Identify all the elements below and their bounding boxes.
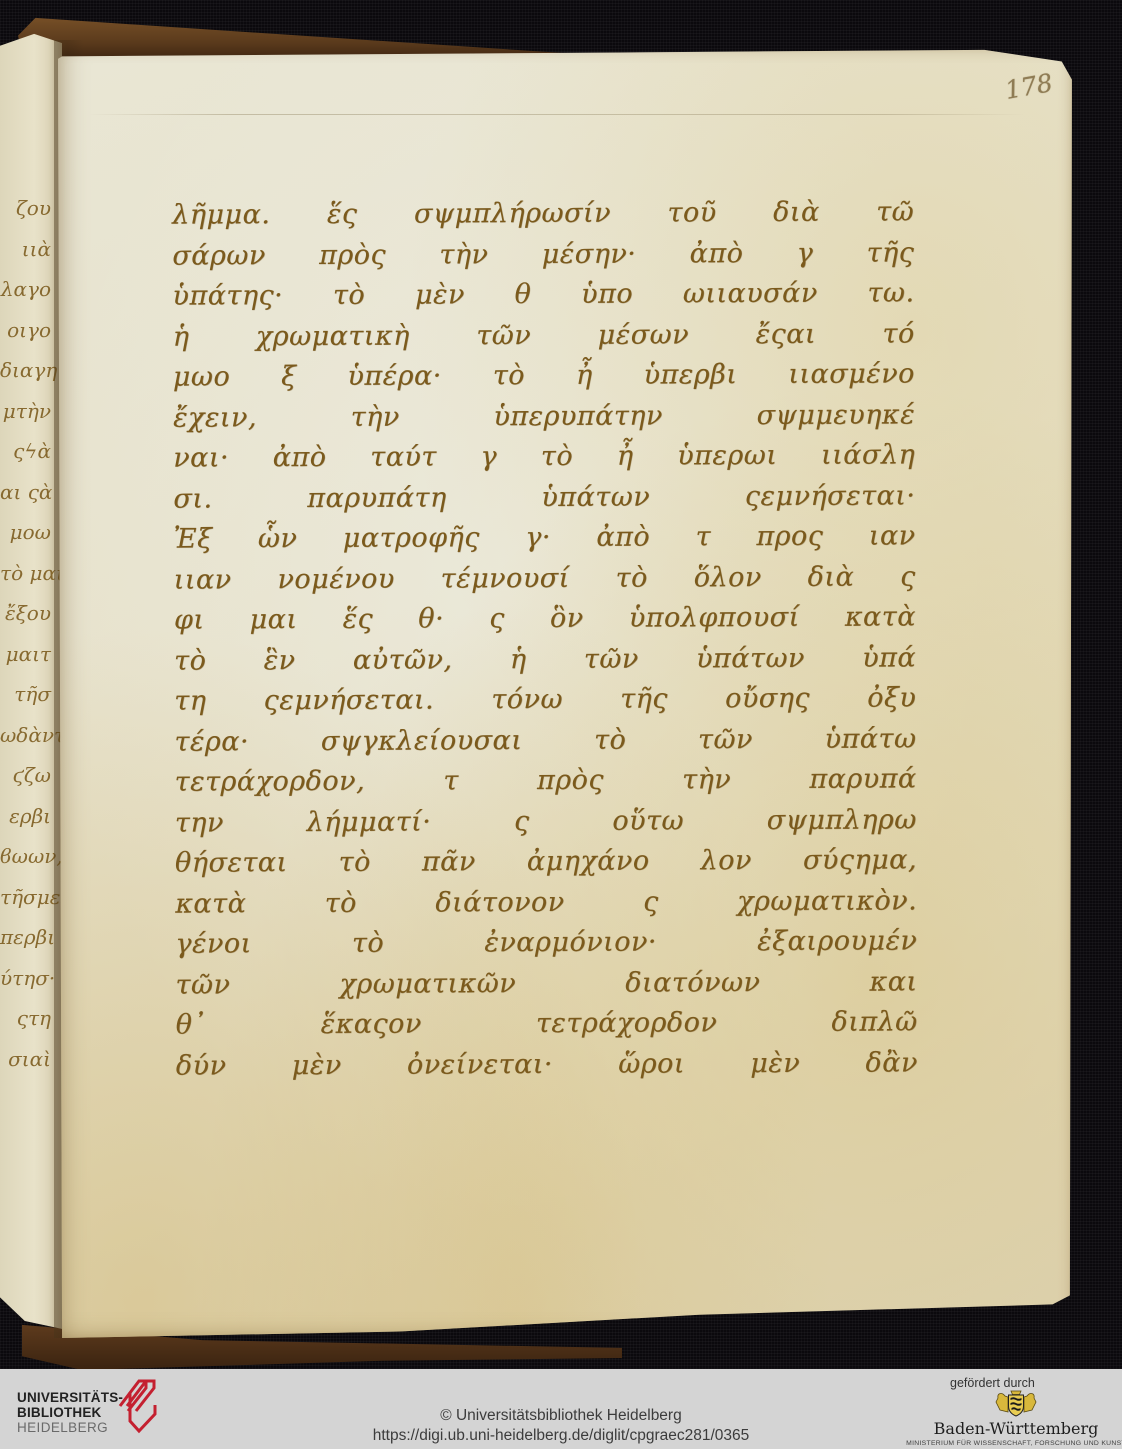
verso-text-fragments: ζουιιὰλαγοοιγοδιαγημτὴνςϟὰαι ςὰμοωτὸ μαι… <box>0 188 56 1079</box>
baden-wuerttemberg-coat-of-arms-icon <box>993 1390 1039 1418</box>
verso-text-fragment: ύτησ· <box>0 958 56 999</box>
manuscript-line: δύν μὲν ὀνείνεται· ὥροι μὲν δἂν <box>176 1043 918 1087</box>
library-name-line2: BIBLIOTHEK <box>17 1405 123 1420</box>
library-name-line1: UNIVERSITÄTS- <box>17 1390 123 1405</box>
manuscript-line: θήσεται τὸ πᾶν ἀμηχάνο λον σύςημα, <box>175 840 917 884</box>
verso-page-edge: ζουιιὰλαγοοιγοδιαγημτὴνςϟὰαι ςὰμοωτὸ μαι… <box>0 30 62 1342</box>
manuscript-line: τετράχορδον, τ πρὸς τὴν παρυπά <box>175 759 917 803</box>
manuscript-line: τὸ ἓν αὐτῶν, ἡ τῶν ὑπάτων ὑπά <box>174 638 916 682</box>
verso-text-fragment: ωδὰντ. <box>0 715 56 756</box>
verso-text-fragment: ςτη <box>0 998 56 1039</box>
manuscript-line: τέρα· σψγκλείουσαι τὸ τῶν ὑπάτω <box>174 719 916 763</box>
manuscript-line: λῆμμα. ἕς σψμπλήρωσίν τοῦ διὰ τῶ <box>172 192 914 236</box>
manuscript-line: Ἐξ ὧν ματροφῆς γ· ἀπὸ τ προς ιαν <box>173 516 915 560</box>
verso-text-fragment: αι ςὰ <box>0 472 56 513</box>
verso-text-fragment: διαγη <box>0 350 56 391</box>
library-name-line3: HEIDELBERG <box>17 1420 123 1435</box>
folio-number: 178 <box>1003 68 1055 105</box>
manuscript-line: ναι· ἀπὸ ταύτ γ τὸ ἦ ὑπερωι ιιάσλη <box>173 435 915 479</box>
copyright-line: © Universitätsbibliothek Heidelberg <box>373 1406 750 1426</box>
manuscript-line: φι μαι ἕς θ· ς ὃν ὑπολφπουσί κατὰ <box>174 597 916 641</box>
verso-text-fragment: τῆσ <box>0 674 56 715</box>
verso-text-fragment: μαιτ <box>0 634 56 675</box>
verso-text-fragment: τῆσμε <box>0 877 56 918</box>
verso-text-fragment: ςϟὰ <box>0 431 56 472</box>
manuscript-line: την λήμματί· ς οὕτω σψμπληρω <box>175 800 917 844</box>
recto-parchment-page: 178 λῆμμα. ἕς σψμπλήρωσίν τοῦ διὰ τῶσάρω… <box>58 46 1076 1338</box>
copyright-block: © Universitätsbibliothek Heidelberg http… <box>373 1406 750 1446</box>
manuscript-line: τη ςεμνήσεται. τόνω τῆς οὔσης ὀξυ <box>174 678 916 722</box>
funded-by-label: gefördert durch <box>950 1376 1035 1390</box>
greek-text-block: λῆμμα. ἕς σψμπλήρωσίν τοῦ διὰ τῶσάρων πρ… <box>172 192 918 1086</box>
footer-bar: UNIVERSITÄTS- BIBLIOTHEK HEIDELBERG © Un… <box>0 1369 1122 1449</box>
manuscript-line: κατὰ τὸ διάτονον ς χρωματικὸν. <box>175 881 917 925</box>
manuscript-line: ἡ χρωματικὴ τῶν μέσων ἔςαι τό <box>173 314 915 358</box>
manuscript-line: γένοι τὸ ἐναρμόνιον· ἐξαιρουμέν <box>175 921 917 965</box>
verso-text-fragment: οιγο <box>0 310 56 351</box>
manuscript-line: σι. παρυπάτη ὑπάτων ςεμνήσεται· <box>173 476 915 520</box>
state-name: Baden-Württemberg <box>934 1419 1099 1438</box>
digitized-manuscript-viewer: { "photo": { "folio_number": "178", "man… <box>0 0 1122 1449</box>
manuscript-line: ἔχειν, τὴν ὑπερυπάτην σψμμευηκέ <box>173 395 915 439</box>
verso-text-fragment: μτὴν <box>0 391 56 432</box>
library-logo-text: UNIVERSITÄTS- BIBLIOTHEK HEIDELBERG <box>17 1390 123 1435</box>
verso-text-fragment: ἔξου <box>0 593 56 634</box>
ub-heidelberg-logo-icon <box>114 1375 162 1442</box>
manuscript-line: σάρων πρὸς τὴν μέσην· ἀπὸ γ τῆς <box>172 233 914 277</box>
verso-text-fragment: περβι <box>0 917 56 958</box>
manuscript-line: ὑπάτης· τὸ μὲν θ ὑπο ωιιαυσάν τω. <box>172 273 914 317</box>
manuscript-line: τῶν χρωματικῶν διατόνων και <box>175 962 917 1006</box>
verso-text-fragment: ιιὰ <box>0 229 56 270</box>
funding-block: gefördert durch Baden-Württemberg MINIST… <box>924 1376 1108 1447</box>
verso-text-fragment: ϐωων, <box>0 836 56 877</box>
verso-text-fragment: σιαὶ <box>0 1039 56 1080</box>
verso-text-fragment: λαγο <box>0 269 56 310</box>
manuscript-line: μωο ξ ὑπέρα· τὸ ἦ ὑπερβι ιιασμένο <box>173 354 915 398</box>
manuscript-photo: ζουιιὰλαγοοιγοδιαγημτὴνςϟὰαι ςὰμοωτὸ μαι… <box>0 0 1122 1369</box>
verso-text-fragment: ερβι <box>0 796 56 837</box>
faint-ruling-line <box>88 114 1025 115</box>
verso-text-fragment: τὸ μαι <box>0 553 56 594</box>
verso-text-fragment: μοω <box>0 512 56 553</box>
verso-text-fragment: ϛζω <box>0 755 56 796</box>
verso-text-fragment: ζου <box>0 188 56 229</box>
source-url: https://digi.ub.uni-heidelberg.de/diglit… <box>373 1426 750 1446</box>
manuscript-line: θ᾽ ἕκαςον τετράχορδον διπλῶ <box>176 1002 918 1046</box>
ministry-line: MINISTERIUM FÜR WISSENSCHAFT, FORSCHUNG … <box>906 1440 1122 1447</box>
manuscript-line: ιιαν νομένου τέμνουσί τὸ ὅλον διὰ ς <box>174 557 916 601</box>
